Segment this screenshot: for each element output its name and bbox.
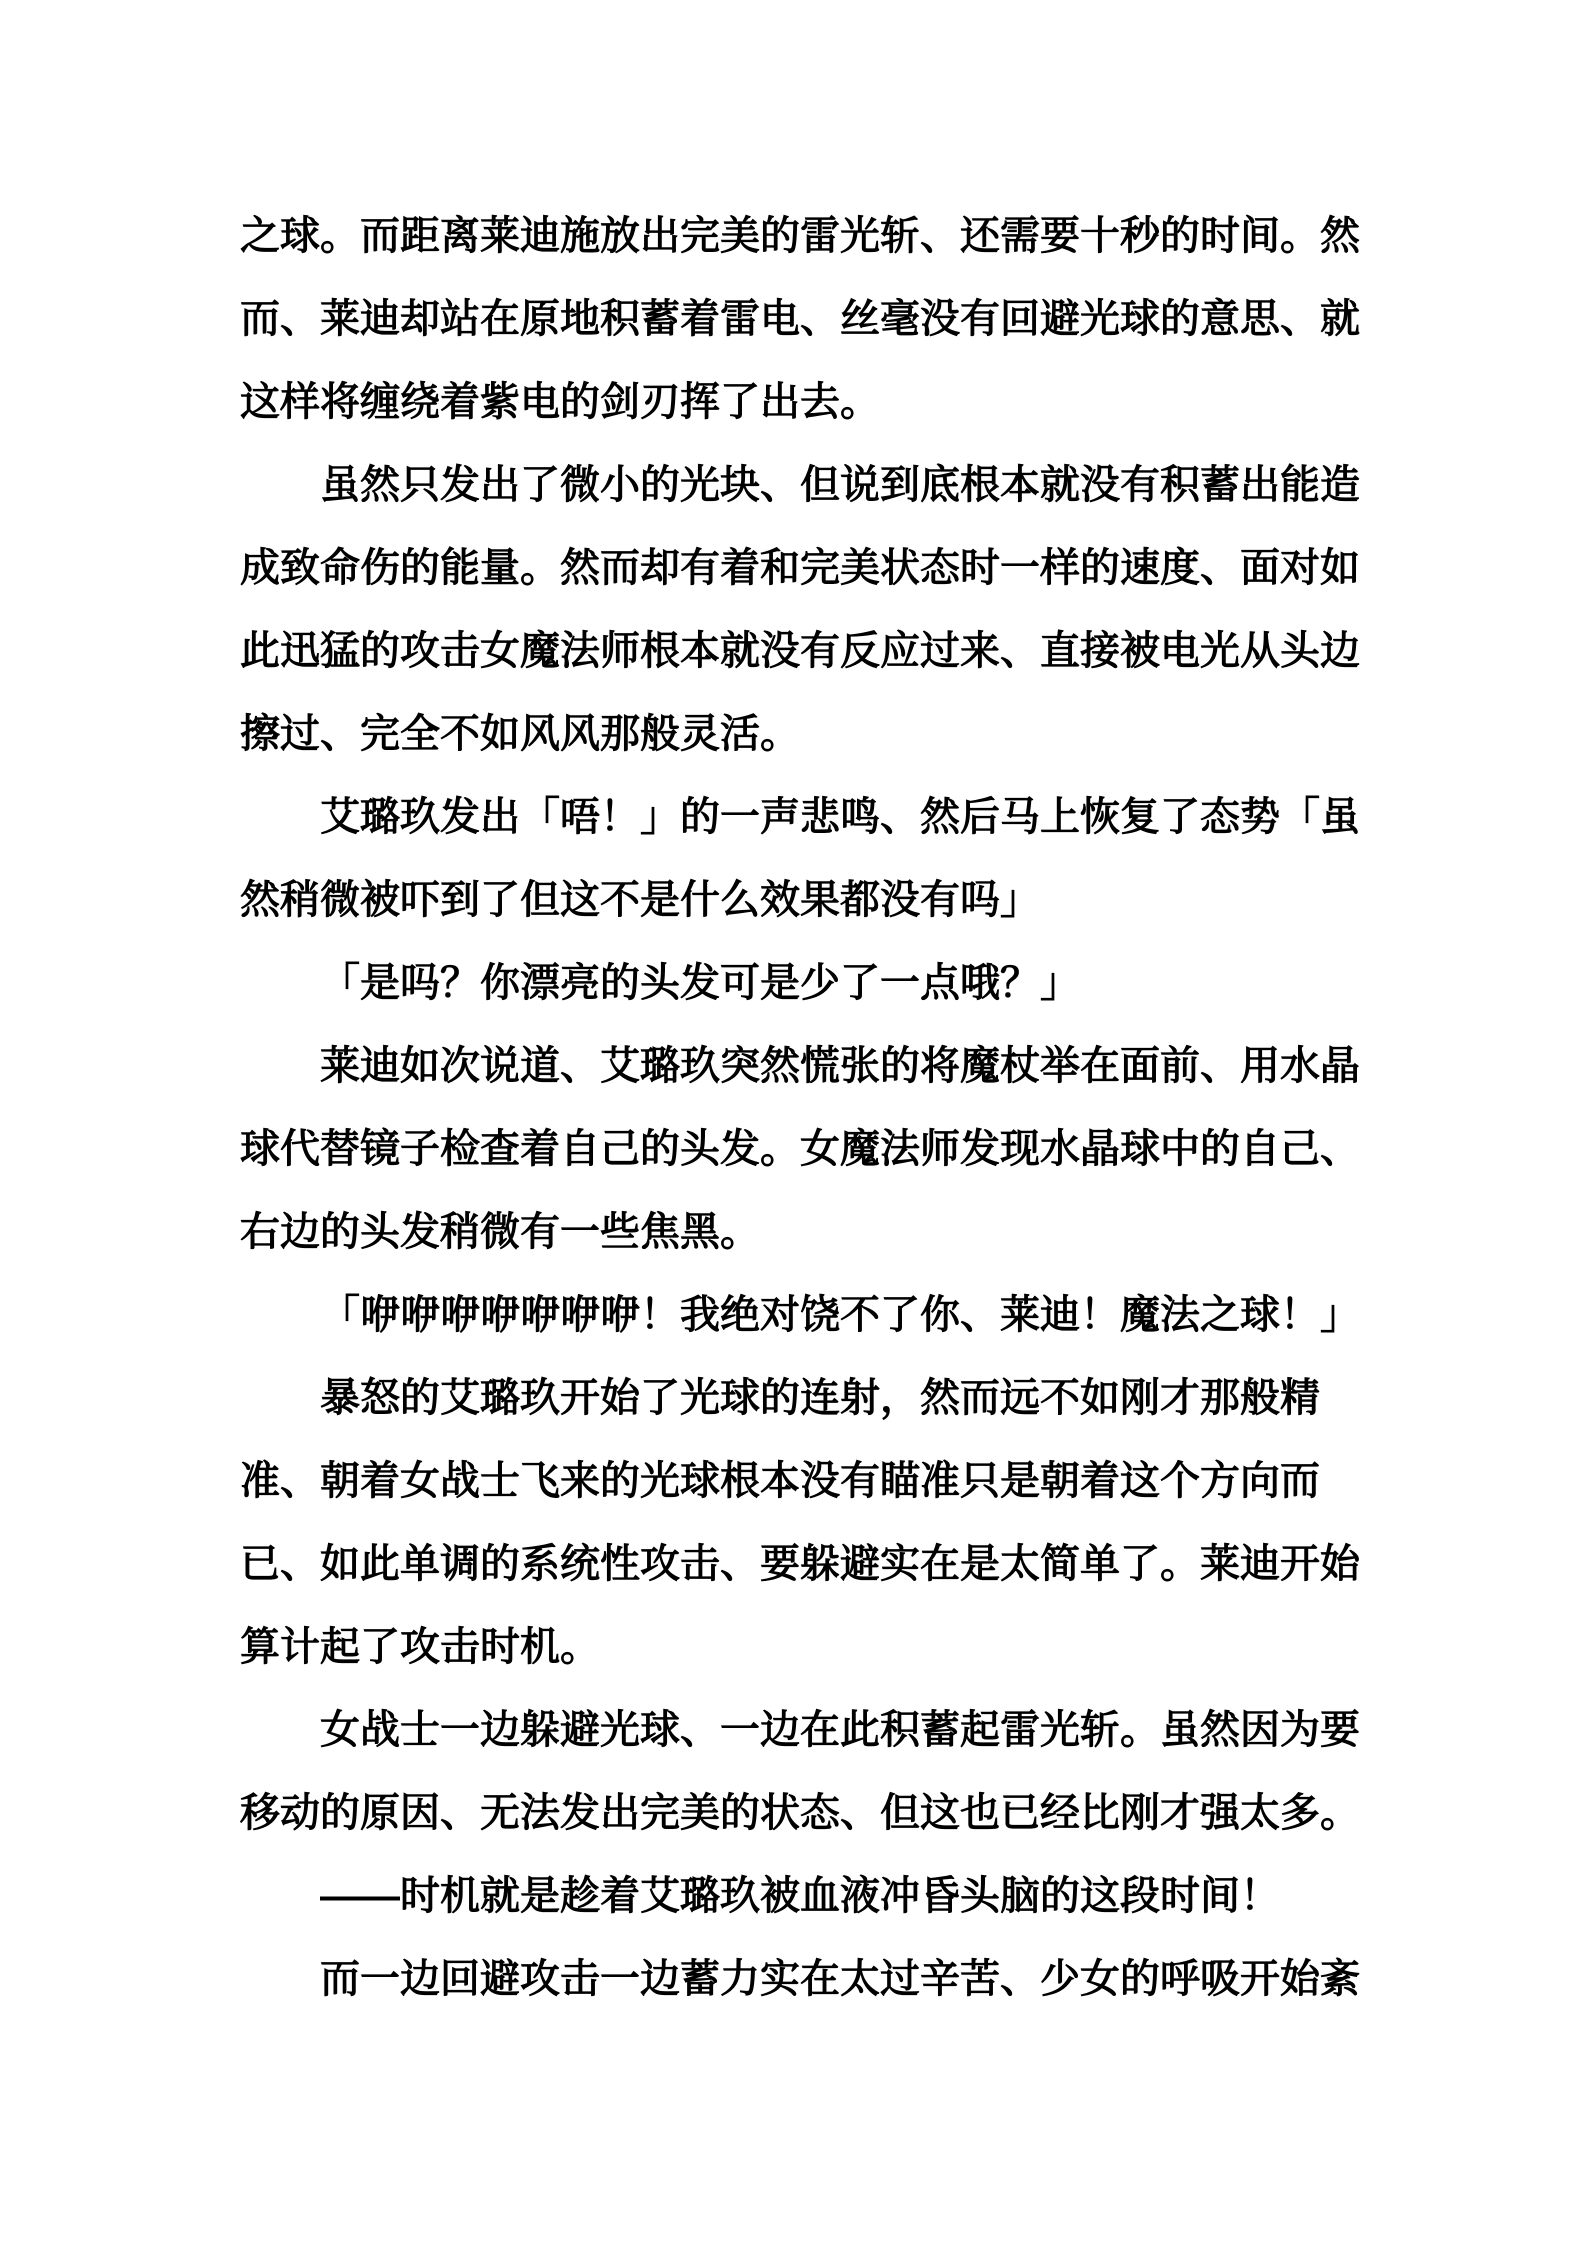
text-line: 「是吗？你漂亮的头发可是少了一点哦？」: [240, 942, 1370, 1025]
text-line: 艾璐玖发出「唔！」的一声悲鸣、然后马上恢复了态势「虽: [240, 776, 1370, 859]
text-line: 虽然只发出了微小的光块、但说到底根本就没有积蓄出能造: [240, 444, 1370, 527]
text-line: 女战士一边躲避光球、一边在此积蓄起雷光斩。虽然因为要: [240, 1689, 1370, 1772]
text-line: 已、如此单调的系统性攻击、要躲避实在是太简单了。莱迪开始: [240, 1523, 1370, 1606]
text-line: 然稍微被吓到了但这不是什么效果都没有吗」: [240, 859, 1370, 942]
text-line: 之球。而距离莱迪施放出完美的雷光斩、还需要十秒的时间。然: [240, 195, 1370, 278]
novel-page: 之球。而距离莱迪施放出完美的雷光斩、还需要十秒的时间。然 而、莱迪却站在原地积蓄…: [0, 0, 1587, 2245]
text-line: 移动的原因、无法发出完美的状态、但这也已经比刚才强太多。: [240, 1772, 1370, 1855]
text-line: 此迅猛的攻击女魔法师根本就没有反应过来、直接被电光从头边: [240, 610, 1370, 693]
text-line: 算计起了攻击时机。: [240, 1606, 1370, 1689]
text-line: 而一边回避攻击一边蓄力实在太过辛苦、少女的呼吸开始紊: [240, 1938, 1370, 2021]
text-line: 成致命伤的能量。然而却有着和完美状态时一样的速度、面对如: [240, 527, 1370, 610]
text-line: 球代替镜子检查着自己的头发。女魔法师发现水晶球中的自己、: [240, 1108, 1370, 1191]
text-block: 之球。而距离莱迪施放出完美的雷光斩、还需要十秒的时间。然 而、莱迪却站在原地积蓄…: [240, 195, 1370, 2021]
text-line: 擦过、完全不如风风那般灵活。: [240, 693, 1370, 776]
text-line: 莱迪如次说道、艾璐玖突然慌张的将魔杖举在面前、用水晶: [240, 1025, 1370, 1108]
text-line: 「咿咿咿咿咿咿咿！我绝对饶不了你、莱迪！魔法之球！」: [240, 1274, 1370, 1357]
text-line: 暴怒的艾璐玖开始了光球的连射，然而远不如刚才那般精: [240, 1357, 1370, 1440]
text-line: 右边的头发稍微有一些焦黑。: [240, 1191, 1370, 1274]
text-line: 而、莱迪却站在原地积蓄着雷电、丝毫没有回避光球的意思、就: [240, 278, 1370, 361]
text-line: ——时机就是趁着艾璐玖被血液冲昏头脑的这段时间！: [240, 1855, 1370, 1938]
text-line: 这样将缠绕着紫电的剑刃挥了出去。: [240, 361, 1370, 444]
text-line: 准、朝着女战士飞来的光球根本没有瞄准只是朝着这个方向而: [240, 1440, 1370, 1523]
